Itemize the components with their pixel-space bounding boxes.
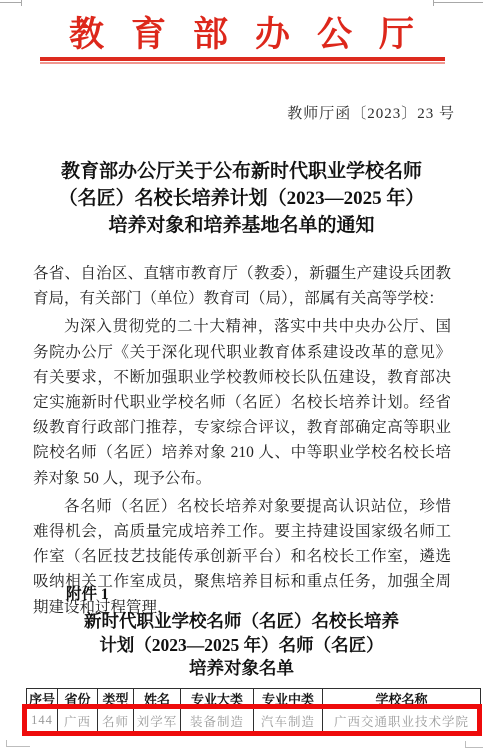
letterhead-title: 教育部办公厅	[0, 7, 483, 57]
header-cell-school: 学校名称	[323, 689, 481, 709]
annex-title-line-1: 新时代职业学校名师（名匠）名校长培养	[10, 610, 473, 634]
crop-mark-top-left	[0, 2, 22, 3]
document-number: 教师厅函〔2023〕23 号	[287, 102, 455, 123]
row-cell-mid-category: 汽车制造	[254, 709, 323, 733]
annex-title-line-3: 培养对象名单	[10, 657, 473, 681]
notice-title-line-1: 教育部办公厅关于公布新时代职业学校名师	[10, 158, 473, 185]
letterhead-divider	[40, 57, 445, 64]
notice-title: 教育部办公厅关于公布新时代职业学校名师 （名匠）名校长培养计划（2023—202…	[10, 158, 473, 239]
table-row: 144 广西 名师 刘学军 装备制造 汽车制造 广西交通职业技术学院	[27, 709, 481, 733]
paragraph-announcement: 为深入贯彻党的二十大精神，落实中共中央办公厅、国务院办公厅《关于深化现代职业教育…	[33, 314, 451, 490]
crop-mark-top-right	[433, 2, 483, 3]
row-cell-province: 广西	[58, 709, 98, 733]
crop-mark-top-left-tick	[21, 0, 22, 6]
header-cell-type: 类型	[98, 689, 134, 709]
notice-body: 各省、自治区、直辖市教育厅（教委），新疆生产建设兵团教育局，有关部门（单位）教育…	[33, 261, 451, 620]
header-cell-index: 序号	[27, 689, 58, 709]
roster-table: 序号 省份 类型 姓名 专业大类 专业中类 学校名称 144 广西 名师 刘学军…	[26, 688, 481, 733]
annex-title: 新时代职业学校名师（名匠）名校长培养 计划（2023—2025 年）名师（名匠）…	[10, 610, 473, 681]
header-cell-province: 省份	[58, 689, 98, 709]
attachment-label: 附件 1	[66, 582, 109, 604]
notice-title-line-3: 培养对象和培养基地名单的通知	[10, 212, 473, 239]
crop-mark-bottom-left	[6, 746, 30, 747]
letterhead-divider-thick-line	[40, 57, 445, 61]
row-cell-major-category: 装备制造	[181, 709, 254, 733]
document-page: 教育部办公厅 教师厅函〔2023〕23 号 教育部办公厅关于公布新时代职业学校名…	[0, 0, 483, 751]
row-cell-name: 刘学军	[134, 709, 181, 733]
row-cell-index: 144	[27, 709, 58, 733]
header-cell-name: 姓名	[134, 689, 181, 709]
annex-title-line-2: 计划（2023—2025 年）名师（名匠）	[10, 634, 473, 658]
crop-mark-bottom-right	[465, 747, 483, 748]
header-cell-mid-category: 专业中类	[254, 689, 323, 709]
crop-mark-top-right-tick	[433, 0, 434, 6]
row-cell-type: 名师	[98, 709, 134, 733]
row-cell-school: 广西交通职业技术学院	[323, 709, 481, 733]
notice-title-line-2: （名匠）名校长培养计划（2023—2025 年）	[10, 185, 473, 212]
roster-table-wrapper: 序号 省份 类型 姓名 专业大类 专业中类 学校名称 144 广西 名师 刘学军…	[26, 688, 481, 733]
table-header-row: 序号 省份 类型 姓名 专业大类 专业中类 学校名称	[27, 689, 481, 709]
header-cell-major-category: 专业大类	[181, 689, 254, 709]
crop-mark-bottom-left-tick	[6, 740, 7, 747]
letterhead-divider-thin-line	[40, 62, 445, 64]
paragraph-recipients: 各省、自治区、直辖市教育厅（教委），新疆生产建设兵团教育局，有关部门（单位）教育…	[33, 261, 451, 311]
crop-mark-bottom-right-tick	[465, 741, 466, 748]
